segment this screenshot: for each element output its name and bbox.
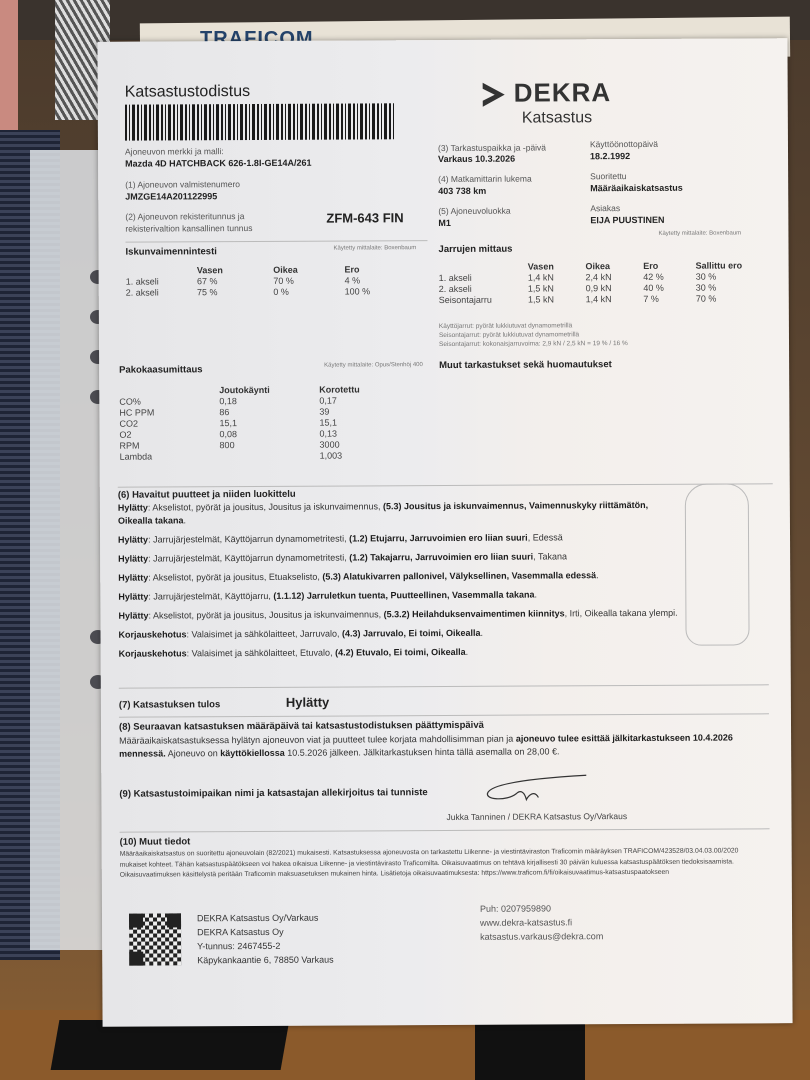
defect-location: . (183, 515, 186, 525)
defect-status: Hylätty (118, 611, 148, 621)
defect-location: . (466, 647, 469, 657)
table-cell: 7 % (643, 294, 696, 305)
barcode (125, 103, 395, 140)
contact-info: Puh: 0207959890 www.dekra-katsastus.fi k… (480, 901, 603, 944)
defect-description: (5.3) Alatukivarren pallonivel, Välyksel… (322, 570, 596, 581)
place-date-label: (3) Tarkastuspaikka ja -päivä (438, 142, 546, 153)
company-info: DEKRA Katsastus Oy/VarkausDEKRA Katsastu… (197, 911, 334, 968)
table-cell: 4 % (345, 275, 406, 286)
inspection-certificate: Katsastustodistus Ajoneuvon merkki ja ma… (97, 38, 792, 1027)
defect-status: Hylätty (118, 554, 148, 564)
inspector-name: Jukka Tanninen / DEKRA Katsastus Oy/Vark… (446, 811, 627, 822)
table-cell: 40 % (643, 283, 696, 294)
table-cell: 1,4 kN (586, 294, 644, 305)
table-cell: 0,9 kN (586, 283, 644, 294)
result-value: Hylätty (286, 695, 329, 710)
table-cell: 1. akseli (126, 276, 197, 287)
document-title: Katsastustodistus (125, 83, 250, 102)
shock-test-table: VasenOikeaEro1. akseli67 %70 %4 %2. akse… (126, 264, 406, 298)
defect-category: : Jarrujärjestelmät, Käyttöjarru, (148, 591, 273, 602)
defect-status: Korjauskehotus (119, 629, 187, 639)
table-cell: 100 % (345, 286, 406, 297)
defect-location: , Irti, Oikealla takana ylempi. (565, 608, 678, 619)
defect-location: . (596, 570, 599, 580)
other-info-title: (10) Muut tiedot (120, 836, 191, 847)
divider (118, 483, 773, 487)
defect-location: , Takana (533, 551, 567, 561)
defect-item: Hylätty: Jarrujärjestelmät, Käyttöjarru,… (118, 588, 678, 604)
brake-test-title: Jarrujen mittaus (438, 244, 512, 255)
place-date: Varkaus 10.3.2026 (438, 154, 515, 164)
table-header: Vasen (528, 261, 586, 272)
table-header: Oikea (273, 265, 344, 276)
table-cell: 1,5 kN (528, 294, 586, 305)
vin: JMZGE14A201122995 (125, 191, 217, 201)
table-row: Lambda1,003 (120, 450, 400, 462)
company-line: DEKRA Katsastus Oy/Varkaus (197, 911, 334, 926)
exhaust-device: Käytetty mittalaite: Opus/Stenhöj 400 (324, 362, 423, 369)
defect-item: Hylätty: Akselistot, pyörät ja jousitus,… (118, 569, 678, 585)
next-inspection-title: (8) Seuraavan katsastuksen määräpäivä ta… (119, 720, 484, 733)
defect-item: Korjauskehotus: Valaisimet ja sähkölaitt… (119, 645, 679, 661)
class-label: (5) Ajoneuvoluokka (438, 206, 510, 216)
defect-category: : Akselistot, pyörät ja jousitus, Jousit… (148, 609, 383, 620)
background-pink (0, 0, 18, 130)
table-cell: 15,1 (219, 418, 319, 430)
table-cell: 70 % (273, 276, 344, 287)
table-header (439, 262, 528, 273)
table-cell: Lambda (120, 451, 220, 463)
defect-item: Hylätty: Jarrujärjestelmät, Käyttöjarrun… (118, 531, 678, 547)
table-header (119, 385, 219, 397)
table-cell: CO2 (119, 418, 219, 430)
table-cell: 1,5 kN (528, 283, 586, 294)
table-cell: 2,4 kN (586, 272, 644, 283)
divider (119, 684, 769, 688)
table-cell: HC PPM (119, 407, 219, 419)
defect-item: Korjauskehotus: Valaisimet ja sähkölaitt… (118, 626, 678, 642)
signature-label: (9) Katsastustoimipaikan nimi ja katsast… (119, 787, 427, 800)
company-line: DEKRA Katsastus Oy (197, 925, 334, 940)
divider (125, 240, 427, 243)
make-model-label: Ajoneuvon merkki ja malli: (125, 146, 224, 157)
odometer: 403 738 km (438, 186, 486, 196)
table-cell: Seisontajarru (439, 295, 528, 306)
company-line: Y-tunnus: 2467455-2 (197, 939, 334, 954)
table-cell: 30 % (696, 282, 759, 293)
company-line: Käpykankaantie 6, 78850 Varkaus (197, 953, 334, 968)
table-cell: 0,08 (219, 429, 319, 441)
next-inspection-text: Määräaikaiskatsastuksessa hylätyn ajoneu… (119, 731, 744, 760)
brake-note: Seisontajarrut: kokonaisjarruvoima: 2,9 … (439, 339, 628, 349)
dekra-arrow-icon (480, 80, 510, 110)
table-header: Joutokäynti (219, 385, 319, 397)
table-cell: 3000 (320, 439, 400, 450)
brand-sub: Katsastus (522, 109, 592, 127)
table-row: 2. akseli75 %0 %100 % (126, 286, 406, 298)
table-cell: 1,003 (320, 450, 400, 461)
defect-description: (4.3) Jarruvalo, Ei toimi, Oikealla (342, 628, 481, 639)
odometer-label: (4) Matkamittarin lukema (438, 174, 532, 184)
table-cell: 30 % (696, 271, 759, 282)
defects-title: (6) Havaitut puutteet ja niiden luokitte… (118, 489, 296, 501)
brake-test-table: VasenOikeaEroSallittu ero1. akseli1,4 kN… (439, 260, 759, 306)
divider (119, 713, 769, 717)
background-shadow (51, 1020, 290, 1070)
table-cell: 0 % (273, 287, 344, 298)
defect-description: (1.2) Takajarru, Jarruvoimien ero liian … (349, 552, 533, 563)
phone: Puh: 0207959890 (480, 901, 603, 916)
table-header: Oikea (585, 261, 643, 272)
table-cell: 42 % (643, 272, 696, 283)
defect-category: : Akselistot, pyörät ja jousitus, Jousit… (148, 501, 383, 512)
defect-category: : Jarrujärjestelmät, Käyttöjarrun dynamo… (148, 553, 349, 564)
defect-category: : Valaisimet ja sähkölaitteet, Jarruvalo… (187, 629, 342, 640)
table-header: Korotettu (319, 384, 399, 395)
first-use-label: Käyttöönottopäivä (590, 139, 658, 149)
defect-item: Hylätty: Akselistot, pyörät ja jousitus,… (118, 499, 678, 528)
defect-category: : Valaisimet ja sähkölaitteet, Etuvalo, (187, 648, 335, 659)
table-cell: 15,1 (319, 417, 399, 428)
table-header: Ero (344, 264, 405, 275)
performed-label: Suoritettu (590, 171, 626, 181)
customer-label: Asiakas (590, 203, 620, 213)
brake-notes: Käyttöjarrut: pyörät lukkiutuvat dynamom… (439, 321, 628, 349)
exhaust-title: Pakokaasumittaus (119, 364, 202, 375)
exhaust-table: JoutokäyntiKorotettuCO%0,180,17HC PPM863… (119, 384, 399, 462)
defect-location: . (534, 590, 537, 600)
other-checks-title: Muut tarkastukset sekä huomautukset (439, 359, 612, 371)
defect-status: Hylätty (118, 592, 148, 602)
defect-status: Hylätty (118, 535, 148, 545)
first-use: 18.2.1992 (590, 151, 630, 161)
table-cell: 70 % (696, 293, 759, 304)
table-header: Sallittu ero (696, 260, 759, 271)
defect-status: Korjauskehotus (119, 648, 187, 658)
make-model: Mazda 4D HATCHBACK 626-1.8I-GE14A/261 (125, 158, 311, 169)
table-cell: 0,17 (319, 395, 399, 406)
defect-status: Hylätty (118, 503, 148, 513)
signature-icon (476, 769, 596, 810)
shock-test-title: Iskunvaimennintesti (125, 246, 216, 257)
table-header: Ero (643, 261, 696, 272)
table-cell (220, 451, 320, 463)
defects-list: Hylätty: Akselistot, pyörät ja jousitus,… (118, 499, 679, 667)
table-cell: 0,18 (219, 396, 319, 408)
vehicle-class: M1 (438, 218, 451, 228)
table-cell: 39 (319, 406, 399, 417)
table-cell: 75 % (197, 287, 273, 298)
car-diagram (685, 483, 750, 645)
defect-location: . (480, 628, 483, 638)
registration-number: ZFM-643 FIN (326, 210, 403, 225)
result-label: (7) Katsastuksen tulos (119, 699, 220, 711)
table-cell: 1. akseli (439, 273, 528, 284)
divider (120, 828, 770, 832)
table-cell: O2 (119, 429, 219, 441)
brake-test-device: Käytetty mittalaite: Boxenbaum (658, 230, 741, 236)
table-cell: 1,4 kN (528, 272, 586, 283)
defect-status: Hylätty (118, 573, 148, 583)
vin-label: (1) Ajoneuvon valmistenumero (125, 179, 240, 190)
table-row: Seisontajarru1,5 kN1,4 kN7 %70 % (439, 293, 759, 306)
table-header (126, 265, 197, 276)
reg-label-2: rekisterivaltion kansallinen tunnus (125, 223, 252, 234)
table-cell: 2. akseli (126, 287, 197, 298)
defect-item: Hylätty: Akselistot, pyörät ja jousitus,… (118, 607, 678, 623)
reg-label: (2) Ajoneuvon rekisteritunnus ja (125, 211, 244, 222)
defect-item: Hylätty: Jarrujärjestelmät, Käyttöjarrun… (118, 550, 678, 566)
brand-name: DEKRA (514, 77, 612, 109)
defect-description: (1.2) Etujarru, Jarruvoimien ero liian s… (349, 533, 528, 544)
email-link[interactable]: katsastus.varkaus@dekra.com (480, 929, 603, 944)
table-cell: 67 % (197, 276, 273, 287)
defect-description: (5.3.2) Heilahduksenvaimentimen kiinnity… (384, 608, 565, 619)
shock-test-device: Käytetty mittalaite: Boxenbaum (333, 245, 416, 251)
table-cell: 800 (220, 440, 320, 452)
other-info-text: Määräaikaiskatsastus on suoritettu ajone… (120, 846, 760, 881)
defect-category: : Jarrujärjestelmät, Käyttöjarrun dynamo… (148, 534, 349, 545)
qr-code (129, 913, 181, 965)
table-cell: 0,13 (319, 428, 399, 439)
table-cell: CO% (119, 396, 219, 408)
performed: Määräaikaiskatsastus (590, 183, 683, 193)
customer: EIJA PUUSTINEN (590, 215, 664, 225)
table-header: Vasen (197, 265, 273, 276)
defect-location: , Edessä (528, 532, 563, 542)
table-cell: 86 (219, 407, 319, 419)
defect-category: : Akselistot, pyörät ja jousitus, Etuaks… (148, 572, 322, 583)
table-cell: RPM (120, 440, 220, 452)
defect-description: (4.2) Etuvalo, Ei toimi, Oikealla (335, 647, 466, 658)
website-link[interactable]: www.dekra-katsastus.fi (480, 915, 603, 930)
defect-description: (1.1.12) Jarruletkun tuenta, Puutteellin… (273, 590, 534, 601)
table-cell: 2. akseli (439, 284, 528, 295)
